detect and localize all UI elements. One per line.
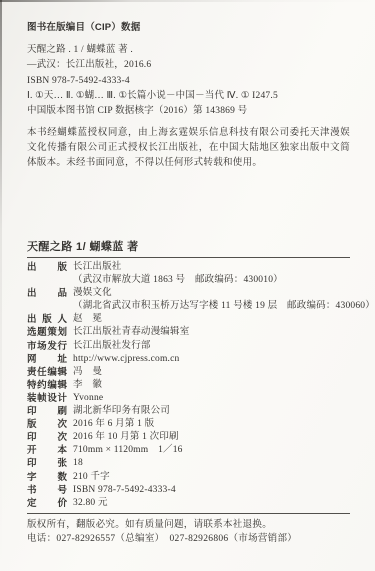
book-copyright-page: { "page": { "bg": "#f6f5f2", "text_color… xyxy=(0,0,375,571)
scan-edge-left xyxy=(0,0,2,571)
cip-line-isbn: ISBN 978-7-5492-4333-4 xyxy=(27,74,350,89)
copyright-notice: 版权所有，翻版必究。如有质量问题，请联系本社退换。 xyxy=(27,518,350,533)
colophon-row: 书号ISBN 978-7-5492-4333-4 xyxy=(27,484,350,497)
colophon-row-value: 长江出版社 xyxy=(73,262,122,272)
scan-edge-top xyxy=(0,0,375,2)
colophon-row-value: （湖北省武汉市积玉桥万达写字楼 11 号楼 19 层 邮政编码：430060） xyxy=(73,301,375,311)
colophon-row-label: 定价 xyxy=(27,497,67,510)
colophon-row-value: ISBN 978-7-5492-4333-4 xyxy=(73,485,176,495)
colophon-row: 网址http://www.cjpress.com.cn xyxy=(27,353,350,366)
colophon-row-value: 18 xyxy=(73,458,83,468)
colophon-row-label: 书号 xyxy=(27,484,67,497)
colophon-row-label: 网址 xyxy=(27,353,67,366)
colophon-row-label: 装帧设计 xyxy=(27,392,67,405)
colophon-row: 印张18 xyxy=(27,457,350,470)
cip-line-classification: Ⅰ. ①天… Ⅱ. ①蝴… Ⅲ. ①长篇小说－中国－当代 Ⅳ. ① I247.5 xyxy=(27,89,350,104)
colophon-row: 开本710mm × 1120mm 1／16 xyxy=(27,444,350,457)
colophon-row: 出品漫娱文化 xyxy=(27,287,350,300)
colophon-row: 字数210 千字 xyxy=(27,471,350,484)
authorization-paragraph: 本书经蝴蝶蓝授权同意，由上海玄霆娱乐信息科技有限公司委托天津漫娱文化传播有限公司… xyxy=(27,126,350,171)
colophon-row-label: 特约编辑 xyxy=(27,379,67,392)
colophon-row-value: 32.80 元 xyxy=(73,498,108,508)
colophon-row: （武汉市解放大道 1863 号 邮政编码：430010） xyxy=(27,274,350,287)
divider-bottom xyxy=(27,513,350,514)
divider-top xyxy=(27,257,350,258)
colophon-row-value: 冯 曼 xyxy=(73,367,102,377)
colophon-row-value: 漫娱文化 xyxy=(73,288,112,298)
cip-title: 图书在版编目（CIP）数据 xyxy=(27,22,350,34)
colophon-row-value: 210 千字 xyxy=(73,472,110,482)
colophon-row: 责任编辑冯 曼 xyxy=(27,366,350,379)
colophon-row-label: 印刷 xyxy=(27,405,67,418)
colophon-row-value: 湖北新华印务有限公司 xyxy=(73,406,170,416)
colophon-row-value: 2016 年 6 月第 1 版 xyxy=(73,419,154,429)
colophon-row-value: 李 徽 xyxy=(73,380,102,390)
cip-block: 图书在版编目（CIP）数据 天醒之路 . 1 / 蝴蝶蓝 著 . —武汉：长江出… xyxy=(27,22,350,119)
colophon-row-label: 字数 xyxy=(27,471,67,484)
colophon-row: 版次2016 年 6 月第 1 版 xyxy=(27,418,350,431)
colophon-row-label: 出版人 xyxy=(27,313,67,326)
colophon-row-label: 印次 xyxy=(27,431,67,444)
colophon-row-label: 出版 xyxy=(27,261,67,274)
colophon-row-label: 选题策划 xyxy=(27,326,67,339)
colophon-row-label: 版次 xyxy=(27,418,67,431)
colophon-table: 出版长江出版社 （武汉市解放大道 1863 号 邮政编码：430010） 出品漫… xyxy=(27,261,350,510)
colophon-row-value: 710mm × 1120mm 1／16 xyxy=(73,445,183,455)
book-title-line: 天醒之路 1/ 蝴蝶蓝 著 xyxy=(27,241,350,254)
contact-phones: 电话：027-82926557（总编室） 027-82926806（市场营销部） xyxy=(27,532,350,547)
footer-block: 版权所有，翻版必究。如有质量问题，请联系本社退换。 电话：027-8292655… xyxy=(27,518,350,547)
colophon-row-label: 市场发行 xyxy=(27,340,67,353)
colophon-block: 天醒之路 1/ 蝴蝶蓝 著 出版长江出版社 （武汉市解放大道 1863 号 邮政… xyxy=(27,241,350,547)
cip-line-title-author: 天醒之路 . 1 / 蝴蝶蓝 著 . xyxy=(27,43,350,58)
colophon-row: 选题策划长江出版社青春动漫编辑室 xyxy=(27,326,350,339)
colophon-row-value: http://www.cjpress.com.cn xyxy=(73,354,180,364)
colophon-row: 印次2016 年 10 月第 1 次印刷 xyxy=(27,431,350,444)
colophon-row: 出版人赵 冕 xyxy=(27,313,350,326)
colophon-row-value: 2016 年 10 月第 1 次印刷 xyxy=(73,432,179,442)
colophon-row-label: 出品 xyxy=(27,287,67,300)
colophon-row: （湖北省武汉市积玉桥万达写字楼 11 号楼 19 层 邮政编码：430060） xyxy=(27,300,350,313)
colophon-row: 特约编辑李 徽 xyxy=(27,379,350,392)
colophon-row-label: 开本 xyxy=(27,444,67,457)
cip-line-publisher: —武汉：长江出版社，2016.6 xyxy=(27,58,350,73)
colophon-row-value: 长江出版社青春动漫编辑室 xyxy=(73,327,189,337)
colophon-row-value: （武汉市解放大道 1863 号 邮政编码：430010） xyxy=(73,275,283,285)
colophon-row-label: 印张 xyxy=(27,457,67,470)
cip-line-record-number: 中国版本图书馆 CIP 数据核字（2016）第 143869 号 xyxy=(27,104,350,119)
colophon-row-value: Yvonne xyxy=(73,393,103,403)
colophon-row-value: 赵 冕 xyxy=(73,314,102,324)
colophon-row-label: 责任编辑 xyxy=(27,366,67,379)
colophon-row: 印刷湖北新华印务有限公司 xyxy=(27,405,350,418)
colophon-row: 市场发行长江出版社发行部 xyxy=(27,340,350,353)
colophon-row: 装帧设计Yvonne xyxy=(27,392,350,405)
colophon-row: 出版长江出版社 xyxy=(27,261,350,274)
colophon-row-value: 长江出版社发行部 xyxy=(73,341,151,351)
colophon-row: 定价32.80 元 xyxy=(27,497,350,510)
